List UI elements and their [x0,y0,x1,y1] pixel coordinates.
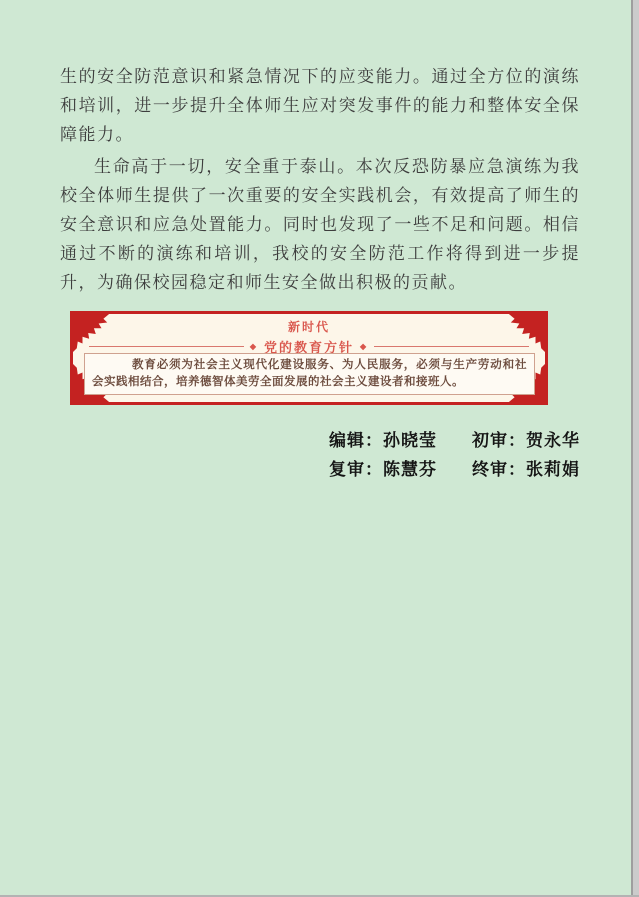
decorative-line [89,346,244,347]
diamond-icon: ◆ [360,342,368,351]
decorative-line [374,346,529,347]
credits-block: 编辑：孙晓莹 初审：贺永华 复审：陈慧芬 终审：张莉娟 [60,424,580,482]
document-page: 生的安全防范意识和紧急情况下的应变能力。通过全方位的演练和培训，进一步提升全体师… [0,0,639,897]
credits-row: 复审：陈慧芬 终审：张莉娟 [329,453,580,482]
credits-row: 编辑：孙晓莹 初审：贺永华 [329,424,580,453]
page-content: 生的安全防范意识和紧急情况下的应变能力。通过全方位的演练和培训，进一步提升全体师… [0,0,639,482]
banner-quote-text: 教育必须为社会主义现代化建设服务、为人民服务，必须与生产劳动和社会实践相结合，培… [92,357,527,391]
scrollbar-track[interactable] [631,0,639,897]
credit-final-review: 终审：张莉娟 [472,455,580,480]
banner-quote-box: 教育必须为社会主义现代化建设服务、为人民服务，必须与生产劳动和社会实践相结合，培… [84,353,535,395]
paragraph-continuation: 生的安全防范意识和紧急情况下的应变能力。通过全方位的演练和培训，进一步提升全体师… [60,62,580,149]
credit-first-review: 初审：贺永华 [472,426,580,451]
paragraph-conclusion: 生命高于一切，安全重于泰山。本次反恐防暴应急演练为我校全体师生提供了一次重要的安… [60,152,580,297]
credit-editor: 编辑：孙晓莹 [329,426,437,451]
diamond-icon: ◆ [250,342,258,351]
policy-banner: 新时代 ◆ 党的教育方针 ◆ 教育必须为社会主义现代化建设服务、为人民服务，必须… [70,311,548,405]
credit-second-review: 复审：陈慧芬 [329,455,437,480]
banner-title: 新时代 [73,318,545,335]
